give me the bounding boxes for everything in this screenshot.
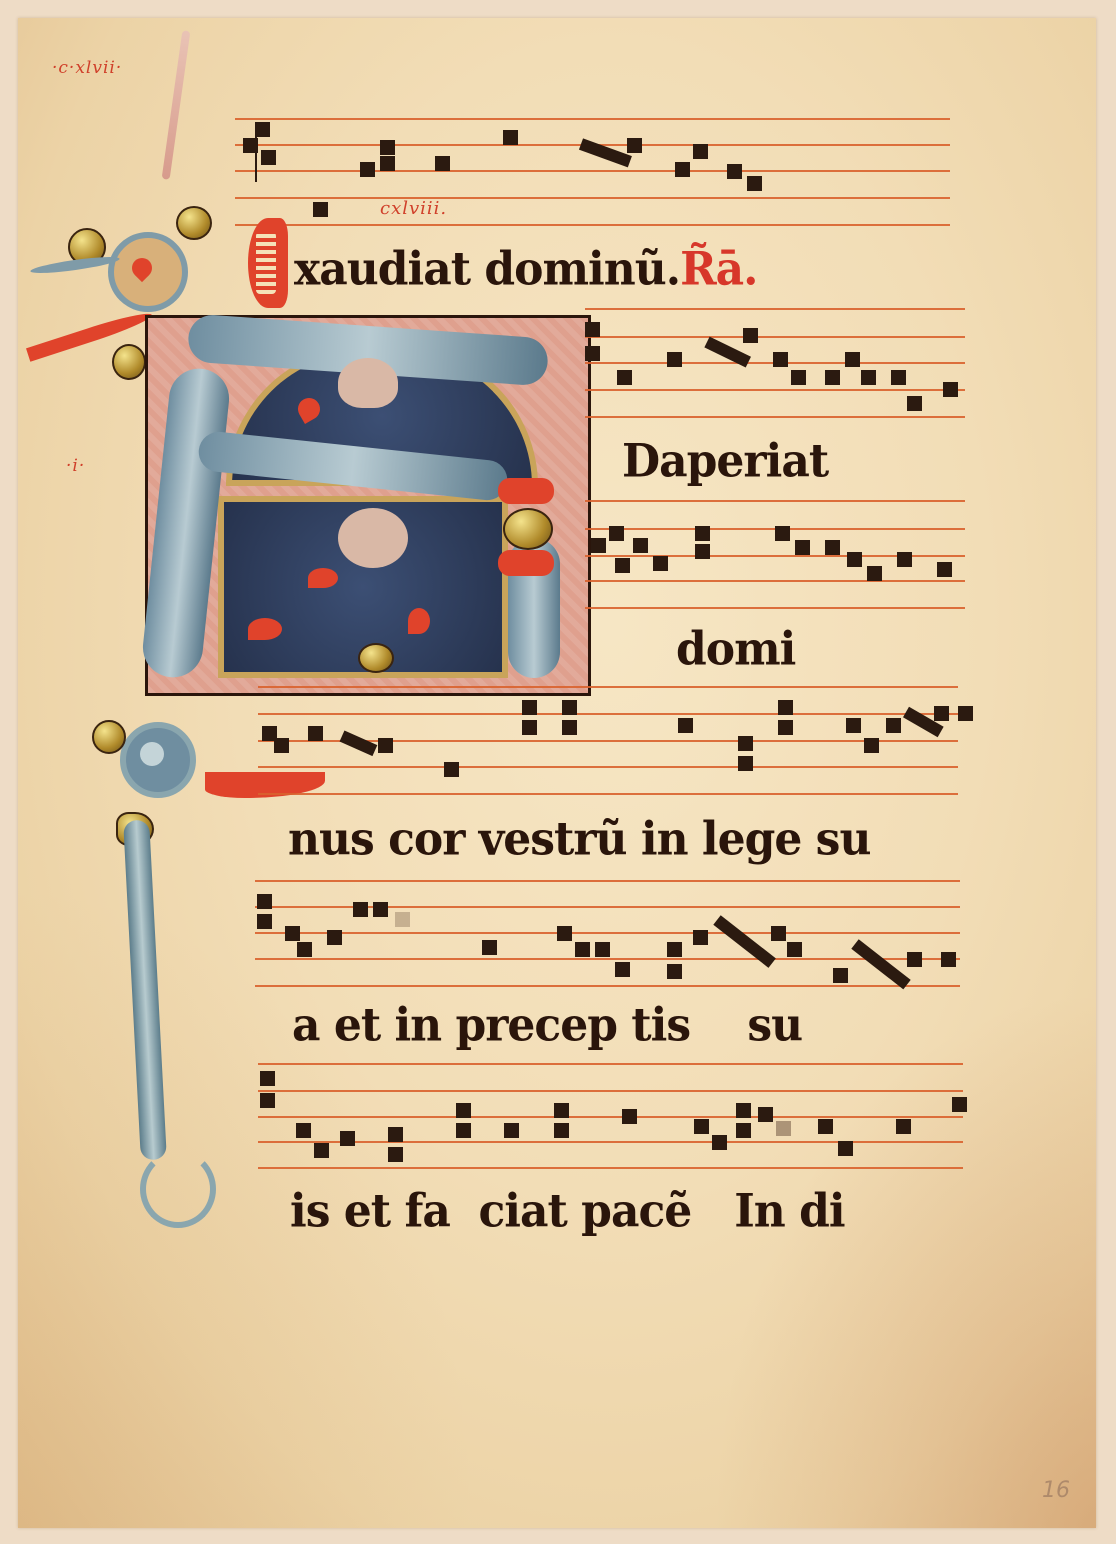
gold-ball — [176, 206, 212, 240]
staff-4 — [258, 686, 958, 796]
red-collar — [498, 478, 554, 504]
gold-boss — [358, 643, 394, 673]
staff-5 — [255, 880, 960, 990]
lyric-line-6: is et fa ciat pacẽ In di — [290, 1189, 845, 1235]
vine-curl — [140, 1150, 216, 1228]
rosette-center — [140, 742, 164, 766]
pencil-page-number: 16 — [1042, 1478, 1070, 1503]
gold-ball — [112, 344, 146, 380]
red-bud — [248, 618, 282, 640]
staff-2 — [585, 308, 965, 418]
staff-6 — [258, 1063, 963, 1173]
rubric-number: cxlviii. — [380, 198, 447, 219]
lyric-line-5: a et in precep tis su — [292, 1003, 802, 1049]
initial-pattern — [256, 232, 276, 294]
red-collar — [498, 550, 554, 576]
vine-leaf — [338, 358, 398, 408]
lyric-line-4: nus cor vestrũ in lege su — [288, 817, 870, 863]
lyric-line-1: xaudiat dominũ.R̃ā. — [294, 247, 757, 293]
red-bud — [408, 608, 430, 634]
lyric-text: xaudiat dominũ. — [294, 243, 680, 297]
red-bud — [308, 568, 338, 588]
gold-ball — [92, 720, 126, 754]
lyric-line-2: Daperiat — [622, 439, 828, 485]
illuminated-initial-a — [145, 315, 591, 696]
staff-3 — [585, 500, 965, 610]
gold-boss — [503, 508, 553, 550]
folio-number: ·c·xlvii· — [52, 58, 122, 78]
staff-1 — [235, 118, 950, 228]
grape-cluster-leaf — [338, 508, 408, 568]
lyric-line-3: domi — [676, 627, 795, 673]
marginal-mark: ·i· — [66, 456, 85, 476]
rubric-respond: R̃ā. — [680, 243, 757, 297]
